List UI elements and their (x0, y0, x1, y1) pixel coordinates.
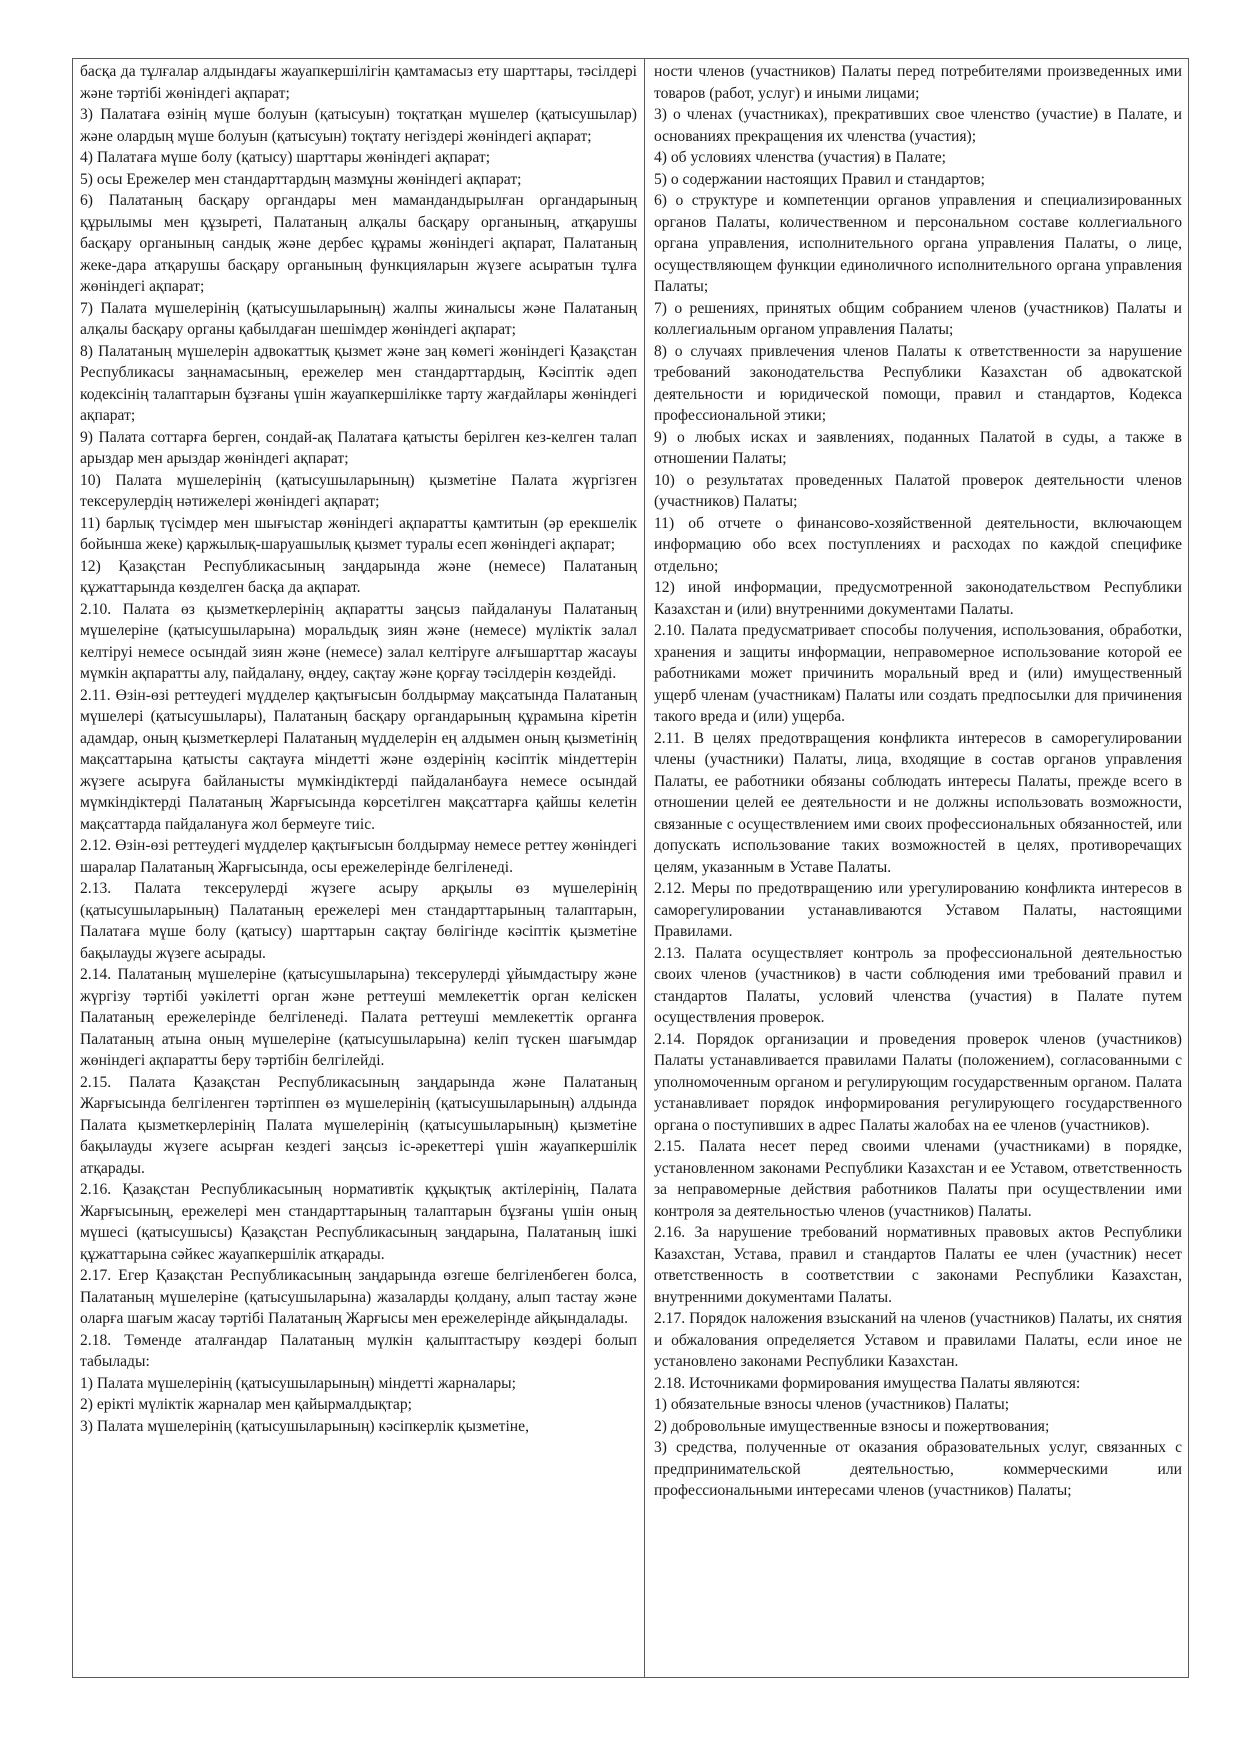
ru-item-9: 9) о любых исках и заявлениях, поданных … (654, 427, 1182, 470)
kk-source-1: 1) Палата мүшелерінің (қатысушыларының) … (80, 1373, 637, 1395)
kk-item-3: 3) Палатаға өзінің мүше болуын (қатысуын… (80, 104, 637, 147)
ru-item-4: 4) об условиях членства (участия) в Пала… (654, 147, 1182, 169)
kk-item-4: 4) Палатаға мүше болу (қатысу) шарттары … (80, 147, 637, 169)
kk-clause-2-13: 2.13. Палата тексерулерді жүзеге асыру а… (80, 878, 637, 964)
ru-item-6: 6) о структуре и компетенции органов упр… (654, 190, 1182, 298)
ru-item-8: 8) о случаях привлечения членов Палаты к… (654, 341, 1182, 427)
ru-item-3: 3) о членах (участниках), прекративших с… (654, 104, 1182, 147)
kk-item-8: 8) Палатаның мүшелерін адвокаттық қызмет… (80, 341, 637, 427)
kk-item-7: 7) Палата мүшелерінің (қатысушыларының) … (80, 298, 637, 341)
kk-clause-2-18: 2.18. Төменде аталғандар Палатаның мүлкі… (80, 1330, 637, 1373)
kk-clause-2-12: 2.12. Өзін-өзі реттеудегі мүдделер қақты… (80, 835, 637, 878)
ru-clause-2-15: 2.15. Палата несет перед своими членами … (654, 1136, 1182, 1222)
ru-clause-2-14: 2.14. Порядок организации и проведения п… (654, 1029, 1182, 1137)
ru-clause-2-11: 2.11. В целях предотвращения конфликта и… (654, 728, 1182, 879)
bilingual-document-table: басқа да тұлғалар алдындағы жауапкершілі… (72, 58, 1189, 1678)
kk-clause-2-15: 2.15. Палата Қазақстан Республикасының з… (80, 1072, 637, 1180)
kk-item-11: 11) барлық түсімдер мен шығыстар жөнінде… (80, 513, 637, 556)
kk-clause-2-16: 2.16. Қазақстан Республикасының норматив… (80, 1179, 637, 1265)
ru-clause-2-10: 2.10. Палата предусматривает способы пол… (654, 620, 1182, 728)
russian-text-column: ности членов (участников) Палаты перед п… (645, 59, 1188, 1677)
kazakh-text-column: басқа да тұлғалар алдындағы жауапкершілі… (73, 59, 645, 1677)
kk-item-5: 5) осы Ережелер мен стандарттардың мазмұ… (80, 169, 637, 191)
ru-item-11: 11) об отчете о финансово-хозяйственной … (654, 513, 1182, 578)
kk-source-2: 2) ерікті мүліктік жарналар мен қайырмал… (80, 1394, 637, 1416)
kk-clause-2-10: 2.10. Палата өз қызметкерлерінің ақпарат… (80, 599, 637, 685)
kk-clause-2-11: 2.11. Өзін-өзі реттеудегі мүдделер қақты… (80, 685, 637, 836)
kk-source-3: 3) Палата мүшелерінің (қатысушыларының) … (80, 1416, 637, 1438)
kk-paragraph-continuation: басқа да тұлғалар алдындағы жауапкершілі… (80, 61, 637, 104)
ru-source-1: 1) обязательные взносы членов (участнико… (654, 1394, 1182, 1416)
kk-item-12: 12) Қазақстан Республикасының заңдарында… (80, 556, 637, 599)
ru-clause-2-13: 2.13. Палата осуществляет контроль за пр… (654, 943, 1182, 1029)
ru-clause-2-18: 2.18. Источниками формирования имущества… (654, 1373, 1182, 1395)
ru-source-2: 2) добровольные имущественные взносы и п… (654, 1416, 1182, 1438)
kk-clause-2-17: 2.17. Егер Қазақстан Республикасының заң… (80, 1265, 637, 1330)
ru-clause-2-12: 2.12. Меры по предотвращению или урегули… (654, 878, 1182, 943)
ru-item-5: 5) о содержании настоящих Правил и станд… (654, 169, 1182, 191)
ru-paragraph-continuation: ности членов (участников) Палаты перед п… (654, 61, 1182, 104)
kk-item-6: 6) Палатаның басқару органдары мен маман… (80, 190, 637, 298)
kk-item-9: 9) Палата соттарға берген, сондай-ақ Пал… (80, 427, 637, 470)
ru-source-3: 3) средства, полученные от оказания обра… (654, 1437, 1182, 1502)
ru-clause-2-17: 2.17. Порядок наложения взысканий на чле… (654, 1308, 1182, 1373)
ru-clause-2-16: 2.16. За нарушение требований нормативны… (654, 1222, 1182, 1308)
ru-item-10: 10) о результатах проведенных Палатой пр… (654, 470, 1182, 513)
ru-item-7: 7) о решениях, принятых общим собранием … (654, 298, 1182, 341)
ru-item-12: 12) иной информации, предусмотренной зак… (654, 577, 1182, 620)
kk-item-10: 10) Палата мүшелерінің (қатысушыларының)… (80, 470, 637, 513)
kk-clause-2-14: 2.14. Палатаның мүшелеріне (қатысушылары… (80, 964, 637, 1072)
